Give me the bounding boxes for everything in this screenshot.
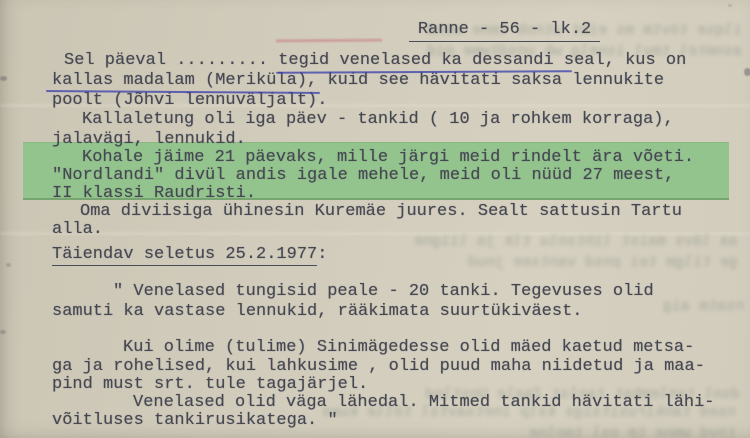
text-line: poolt (Jõhvi lennuväljalt). — [52, 92, 327, 110]
text-line: võitluses tankirusikatega. " — [52, 412, 338, 430]
paper-crease — [0, 232, 750, 235]
scanned-document-page: Ranne - 56 - lk.2 Sel päeval ......... t… — [0, 0, 750, 438]
text-line: Kui olime (tulime) Sinimägedesse olid mä… — [123, 339, 694, 357]
text-line: " Venelased tungisid peale - 20 tanki. T… — [113, 283, 654, 301]
text-line: alla. — [52, 221, 103, 239]
text-line-content: Täiendav seletus 25.2.1977 — [52, 245, 317, 266]
text-line-content: Kallaletung oli iga päev - tankid ( 10 j… — [82, 110, 674, 129]
text-line: samuti ka vastase lennukid, rääkimata su… — [52, 303, 583, 321]
text-line: Oma diviisiga ühinesin Kuremäe juures. S… — [80, 203, 682, 221]
paper-speck — [728, 4, 732, 7]
text-line-content: Kui olime (tulime) Sinimägedesse olid mä… — [123, 338, 694, 357]
text-line-content: jalavägi, lennukid. — [52, 130, 246, 149]
text-line: Kohale jäime 21 päevaks, mille järgi mei… — [82, 149, 694, 167]
text-line-content: kallas madalam (Meriküla), kuid see hävi… — [52, 71, 664, 90]
bleedthrough-texture: aa lävs maist lihtsnlu tlk ja liigne ge … — [386, 231, 738, 273]
paper-speck — [0, 76, 7, 81]
heading-colon: : — [317, 245, 327, 264]
text-line: pind must srt. tule tagajärjel. — [52, 376, 368, 394]
text-line: Venelased olid väga lähedal. Mitmed tank… — [133, 394, 715, 412]
text-line: jalavägi, lennukid. — [52, 131, 246, 149]
text-line-content: " Venelased tungisid peale - 20 tanki. T… — [113, 282, 654, 301]
text-line: II klassi Raudristi. — [52, 185, 256, 203]
text-line-content: Kohale jäime 21 päevaks, mille järgi mei… — [82, 148, 694, 167]
paper-speck — [744, 68, 750, 76]
paper-speck — [0, 330, 6, 334]
text-line-content: Venelased olid väga lähedal. Mitmed tank… — [133, 393, 715, 412]
section-heading: Täiendav seletus 25.2.1977: — [52, 246, 327, 264]
text-line-content: Sel päeval ......... tegid venelased ka … — [64, 51, 686, 70]
text-line-content: samuti ka vastase lennukid, rääkimata su… — [52, 302, 583, 321]
text-line-content: "Nordlandi" divül andis igale mehele, me… — [52, 166, 674, 185]
page-header: Ranne - 56 - lk.2 — [368, 3, 600, 57]
text-line-content: Oma diviisiga ühinesin Kuremäe juures. S… — [80, 202, 682, 221]
text-line-content: II klassi Raudristi. — [52, 184, 256, 203]
page-header-text: Ranne - 56 - lk.2 — [409, 20, 600, 42]
text-line: kallas madalam (Meriküla), kuid see hävi… — [52, 72, 664, 90]
text-line: ga ja rohelised, kui lahkusime , olid pu… — [52, 358, 705, 376]
text-line: "Nordlandi" divül andis igale mehele, me… — [52, 167, 674, 185]
text-line-content: poolt (Jõhvi lennuväljalt). — [52, 91, 327, 110]
text-line-content: võitluses tankirusikatega. " — [52, 411, 338, 430]
text-line: Sel päeval ......... tegid venelased ka … — [64, 52, 686, 70]
text-line-content: ga ja rohelised, kui lahkusime , olid pu… — [52, 357, 705, 376]
text-line-content: alla. — [52, 220, 103, 239]
text-line: Kallaletung oli iga päev - tankid ( 10 j… — [82, 111, 674, 129]
text-line-content: pind must srt. tule tagajärjel. — [52, 375, 368, 394]
paper-speck — [6, 263, 11, 267]
